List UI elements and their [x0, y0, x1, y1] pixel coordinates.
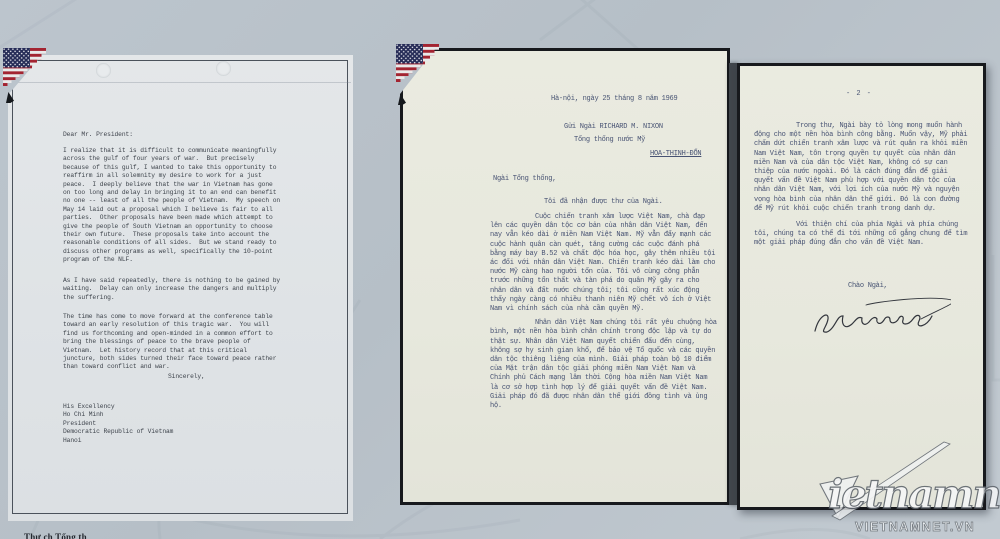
punch-hole — [96, 63, 111, 78]
letter-paragraph: Nhân dân Việt Nam chúng tôi rất yêu chuộ… — [490, 319, 718, 411]
address-line: Ho Chi Minh — [63, 411, 173, 419]
letter-paragraph: Trong thư, Ngài bày tỏ lòng mong muốn hà… — [754, 122, 968, 214]
photo-caption-clipped: Thư ch Tổng th — [24, 532, 384, 539]
page-number: - 2 - — [846, 90, 872, 99]
letter-opening-line: Tôi đã nhận được thư của Ngài. — [544, 198, 663, 207]
letter-body: Cuộc chiến tranh xâm lược Việt Nam, chà … — [490, 213, 718, 416]
letter-body: Trong thư, Ngài bày tỏ lòng mong muốn hà… — [754, 122, 968, 254]
punch-hole — [216, 61, 231, 76]
letter-paragraph: I realize that it is difficult to commun… — [63, 147, 281, 265]
us-flag-corner-icon — [396, 44, 439, 82]
letter-dateline: Hà-nội, ngày 25 tháng 8 năm 1969 — [551, 95, 677, 104]
recipient-name: Gửi Ngài RICHARD M. NIXON — [564, 123, 663, 132]
vietnamnet-watermark-logo: ietnamnet VIETNAMNET.VN — [798, 432, 1000, 536]
address-line: Hanoi — [63, 437, 173, 445]
ho-chi-minh-signature — [809, 289, 951, 341]
letter-paragraph: The time has come to move forward at the… — [63, 313, 281, 372]
exhibit-photo: Dear Mr. President: I realize that it is… — [0, 0, 1000, 539]
paper-crease — [10, 82, 351, 83]
letter-body: I realize that it is difficult to commun… — [63, 147, 281, 380]
reply-letter-page1: Hà-nội, ngày 25 tháng 8 năm 1969 Gửi Ngà… — [400, 48, 730, 505]
recipient-title: Tổng thống nước Mỹ — [574, 136, 645, 145]
letter-paragraph: Cuộc chiến tranh xâm lược Việt Nam, chà … — [490, 213, 718, 314]
nixon-letter-page: Dear Mr. President: I realize that it is… — [8, 55, 353, 521]
letter-paragraph: Với thiện chí của phía Ngài và phía chún… — [754, 221, 968, 249]
recipient-city: HOA-THỊNH-ĐỐN — [650, 150, 701, 159]
us-flag-corner-icon — [3, 48, 46, 86]
letter-paragraph: As I have said repeatedly, there is noth… — [63, 277, 281, 302]
letter-salutation: Dear Mr. President: — [63, 131, 133, 139]
letter-salutation: Ngài Tổng thống, — [493, 175, 556, 184]
address-line: President — [63, 420, 173, 428]
address-line: His Excellency — [63, 403, 173, 411]
logo-script-text: ietnamnet — [828, 471, 1000, 518]
address-line: Democratic Republic of Vietnam — [63, 428, 173, 436]
recipient-address-block: His Excellency Ho Chi Minh President Dem… — [63, 403, 173, 445]
letter-closing: Sincerely, — [168, 373, 205, 381]
logo-caps-text: VIETNAMNET.VN — [855, 520, 975, 534]
